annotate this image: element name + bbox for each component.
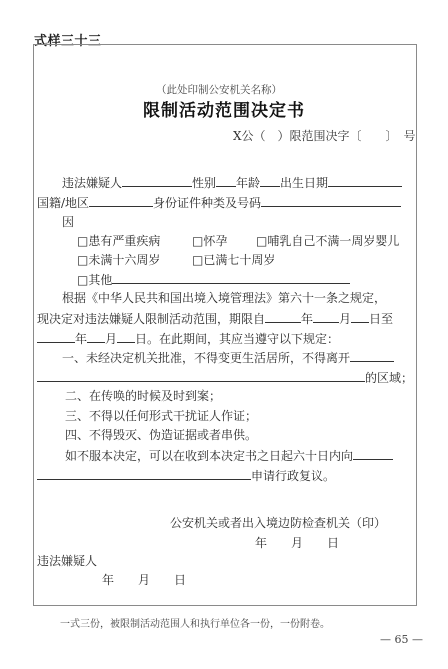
document-number: X公（ ）限范围决字〔 〕 号: [233, 127, 416, 144]
appeal-end-text: 申请行政复议。: [251, 469, 335, 483]
suspect-info-row: 违法嫌疑人性别年龄出生日期: [62, 174, 402, 191]
authority-seal-label: 公安机关或者出入境边防检查机关（印）: [170, 515, 386, 531]
start-month-field[interactable]: [313, 310, 339, 323]
age-field[interactable]: [260, 174, 280, 187]
start-year-field[interactable]: [265, 310, 301, 323]
area-field-1[interactable]: [350, 349, 394, 362]
checkbox-over-70[interactable]: □已满七十周岁: [192, 252, 275, 268]
appeal-authority-field-2[interactable]: [37, 467, 251, 480]
rule-1-text: 一、未经决定机关批准，不得变更生活居所，不得离开: [62, 351, 350, 365]
period-end-row: 年月日。在此期间，其应当遵守以下规定：: [37, 330, 339, 347]
nationality-label: 国籍/地区: [37, 196, 89, 210]
period-start-row: 现决定对违法嫌疑人限制活动范围，期限自年月日至: [37, 310, 393, 327]
legal-basis-text: 根据《中华人民共和国出境入境管理法》第六十一条之规定，: [62, 290, 386, 306]
authority-date: 年 月 日: [255, 535, 339, 551]
checkbox-under-16[interactable]: □未满十六周岁: [77, 252, 160, 268]
rule-4-text: 四、不得毁灭、伪造证据或者串供。: [65, 427, 257, 443]
checkbox-nursing-infant[interactable]: □哺乳自己不满一周岁婴儿: [256, 233, 399, 249]
id-label: 身份证件种类及号码: [153, 196, 261, 210]
suspect-name-field[interactable]: [122, 174, 192, 187]
age-label: 年龄: [236, 176, 260, 190]
birthdate-field[interactable]: [328, 174, 402, 187]
appeal-authority-field-1[interactable]: [353, 447, 393, 460]
rule-3-text: 三、不得以任何形式干扰证人作证；: [65, 408, 257, 424]
other-reason-field[interactable]: [112, 271, 350, 284]
period-intro-text: 现决定对违法嫌疑人限制活动范围，期限自: [37, 312, 265, 326]
gender-field[interactable]: [216, 174, 236, 187]
appeal-cont-row: 申请行政复议。: [37, 467, 335, 484]
checkbox-other[interactable]: □其他: [77, 273, 112, 287]
birthdate-label: 出生日期: [280, 176, 328, 190]
checkbox-serious-illness[interactable]: □患有严重疾病: [77, 233, 160, 249]
month-label: 月: [105, 332, 117, 346]
appeal-row: 如不服本决定，可以在收到本决定书之日起六十日内向: [65, 447, 393, 464]
nationality-id-row: 国籍/地区身份证件种类及号码: [37, 194, 401, 211]
id-number-field[interactable]: [261, 194, 401, 207]
period-end-text: 日。在此期间，其应当遵守以下规定：: [135, 332, 339, 346]
document-title: 限制活动范围决定书: [143, 96, 305, 121]
day-to-label: 日至: [369, 312, 393, 326]
year-label: 年: [301, 312, 313, 326]
copies-footnote: 一式三份，被限制活动范围人和执行单位各一份，一份附卷。: [60, 615, 330, 630]
appeal-text: 如不服本决定，可以在收到本决定书之日起六十日内向: [65, 449, 353, 463]
month-label: 月: [339, 312, 351, 326]
rule-2-text: 二、在传唤的时候及时到案；: [65, 388, 221, 404]
nationality-field[interactable]: [89, 194, 153, 207]
rule-1-row: 一、未经决定机关批准，不得变更生活居所，不得离开: [62, 349, 394, 366]
end-day-field[interactable]: [117, 330, 135, 343]
end-year-field[interactable]: [37, 330, 75, 343]
page-number: — 65 —: [380, 633, 423, 646]
rule-1-cont-row: 的区域；: [37, 369, 413, 386]
suspect-signature-date: 年 月 日: [102, 572, 186, 588]
end-month-field[interactable]: [87, 330, 105, 343]
year-label: 年: [75, 332, 87, 346]
suspect-signature-label: 违法嫌疑人: [37, 553, 97, 569]
start-day-field[interactable]: [351, 310, 369, 323]
checkbox-other-row: □其他: [77, 271, 350, 288]
checkbox-pregnant[interactable]: □怀孕: [192, 233, 227, 249]
suspect-label: 违法嫌疑人: [62, 176, 122, 190]
reason-label: 因: [62, 214, 74, 230]
agency-placeholder: （此处印制公安机关名称）: [156, 82, 282, 97]
gender-label: 性别: [192, 176, 216, 190]
area-field-2[interactable]: [37, 369, 365, 382]
rule-1-end-text: 的区域；: [365, 371, 413, 385]
